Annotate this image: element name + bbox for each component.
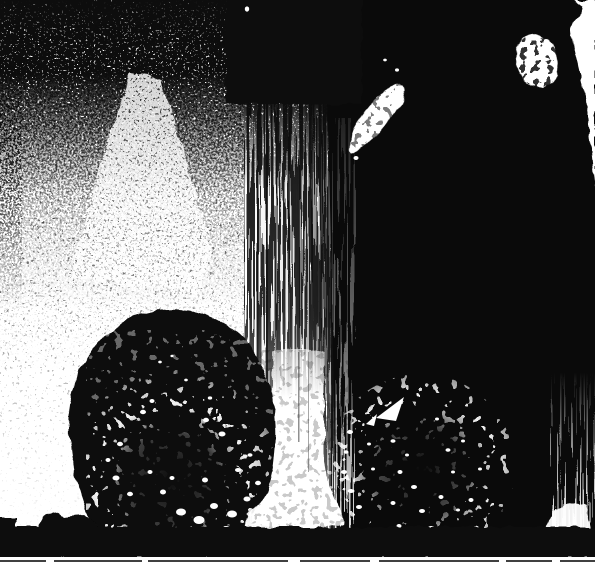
photograph	[0, 0, 595, 566]
highlight-dot	[245, 6, 249, 11]
highlight-dot	[354, 156, 359, 160]
pedestal-streak-line	[308, 352, 309, 472]
highlight-dot	[395, 68, 399, 71]
shelf-band	[0, 527, 595, 558]
photo-canvas	[0, 0, 595, 566]
left-glass-sparkles	[86, 330, 278, 532]
pedestal-streak-line	[298, 352, 300, 442]
left-glass	[70, 309, 278, 532]
highlight-dot	[383, 59, 387, 62]
jug-top-mass	[226, 0, 362, 104]
